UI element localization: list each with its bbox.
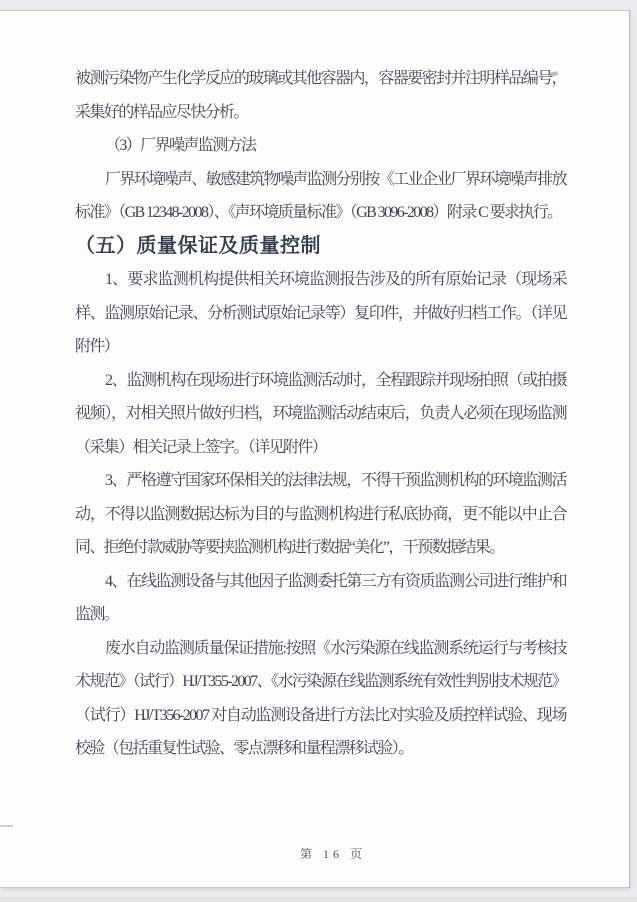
document-page: 被测污染物产生化学反应的玻璃或其他容器内，容器要密封并注明样品编号，采集好的样品…: [0, 10, 630, 888]
scan-artifact-dash: [0, 825, 13, 827]
scan-edge-strip: [0, 897, 637, 902]
paragraph-noise-monitoring-standards: 厂界环境噪声、敏感建筑物噪声监测分别按《工业企业厂界环境噪声排放标准》（GB 1…: [75, 163, 566, 230]
page-body-text: 被测污染物产生化学反应的玻璃或其他容器内，容器要密封并注明样品编号，采集好的样品…: [75, 62, 566, 766]
paragraph-item-2-site-photos-signature: 2、监测机构在现场进行环境监测活动时，全程跟踪并现场拍照（或拍摄视频），对相关照…: [75, 364, 566, 465]
paragraph-item-3-laws-no-interference: 3、严格遵守国家环保相关的法律法规，不得干预监测机构的环境监测活动，不得以监测数…: [75, 464, 566, 565]
paragraph-item-1-original-records: 1、要求监测机构提供相关环境监测报告涉及的所有原始记录（现场采样、监测原始记录、…: [75, 263, 566, 364]
section-heading-quality-assurance-control: （五）质量保证及质量控制: [75, 230, 566, 264]
subheading-factory-boundary-noise-method: （3）厂界噪声监测方法: [75, 129, 566, 163]
paragraph-wastewater-auto-monitoring-qa: 废水自动监测质量保证措施:按照《水污染源在线监测系统运行与考核技术规范》（试行）…: [75, 632, 566, 766]
paragraph-item-4-online-monitoring-maintenance: 4、在线监测设备与其他因子监测委托第三方有资质监测公司进行维护和监测。: [75, 565, 566, 632]
scanned-document-background: { "document": { "paragraphs": [ { "type"…: [0, 0, 637, 902]
paragraph-sample-handling: 被测污染物产生化学反应的玻璃或其他容器内，容器要密封并注明样品编号，采集好的样品…: [75, 62, 566, 129]
page-number: 第 16 页: [18, 845, 637, 862]
